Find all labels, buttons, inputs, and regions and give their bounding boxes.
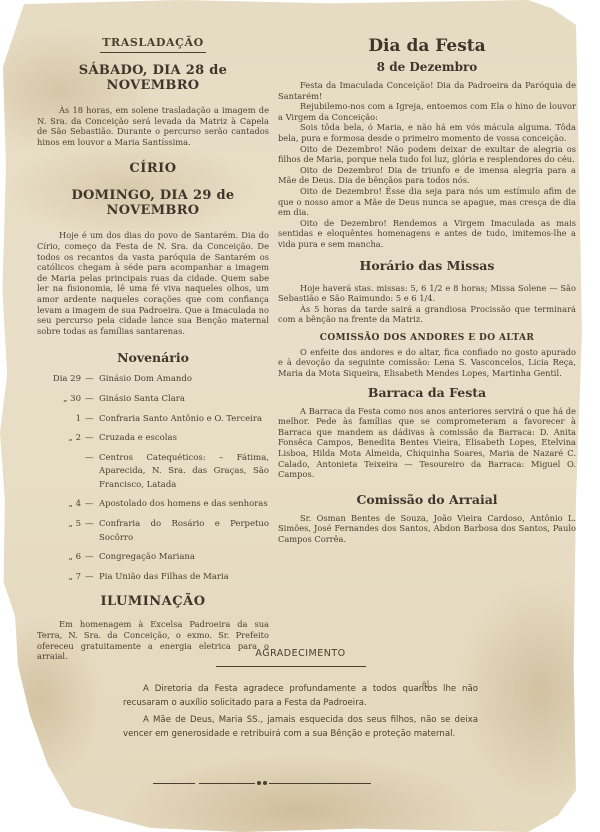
novenario-item: —Centros Catequéticos: – Fátima, Apareci…	[37, 452, 269, 493]
cirio-date: DOMINGO, DIA 29 de NOVEMBRO	[37, 188, 269, 218]
novenario-group: Ginásio Dom Amando	[99, 373, 269, 387]
festa-paragraph: Oito de Dezembro! Dia de triunfo e de im…	[278, 165, 576, 186]
cirio-heading: CÍRIO	[37, 161, 269, 176]
dash-separator: —	[85, 373, 99, 387]
dash-separator: —	[85, 498, 99, 512]
horario-paragraph: Às 5 horas da tarde sairá a grandiosa Pr…	[278, 304, 576, 325]
right-column: Dia da Festa 8 de Dezembro Festa da Imac…	[278, 36, 576, 545]
horario-paragraph: Hoje haverá stas. missas: 5, 6 1/2 e 8 h…	[278, 283, 576, 304]
comissao-arraial-body: Sr. Osman Bentes de Souza, João Vieira C…	[278, 513, 576, 545]
dash-separator: —	[85, 413, 99, 427]
trasladacao-heading: TRASLADAÇÃO	[37, 36, 269, 49]
agradecimento-section: AGRADECIMENTO A Diretoria da Festa agrad…	[123, 648, 478, 745]
novenario-item: „ 6—Congregação Mariana	[37, 551, 269, 565]
novenario-group: Apostolado dos homens e das senhoras	[99, 498, 269, 512]
novenario-day: „ 6	[37, 551, 85, 565]
comissao-arraial-heading: Comissão do Arraial	[278, 492, 576, 507]
dash-separator: —	[85, 551, 99, 565]
agradecimento-paragraph: A Mãe de Deus, Maria SS., jamais esqueci…	[123, 714, 478, 741]
left-column: TRASLADAÇÃO SÁBADO, DIA 28 de NOVEMBRO À…	[37, 36, 269, 662]
festa-paragraph: Oito de Dezembro! Rendemos a Virgem Imac…	[278, 218, 576, 250]
novenario-group: Centros Catequéticos: – Fátima, Aparecid…	[99, 452, 269, 493]
festa-paragraph: Sois tôda bela, ó Maria, e não há em vós…	[278, 122, 576, 143]
separator-dot	[263, 781, 267, 785]
novenario-group: Cruzada e escolas	[99, 432, 269, 446]
horario-heading: Horário das Missas	[278, 258, 576, 273]
dash-separator: —	[85, 452, 99, 493]
festa-paragraph: Oito de Dezembro! Êsse dia seja para nós…	[278, 186, 576, 218]
novenario-day: „ 2	[37, 432, 85, 446]
novenario-day	[37, 452, 85, 493]
dash-separator: —	[85, 393, 99, 407]
separator-dot	[257, 781, 261, 785]
margin-mark: aj	[422, 679, 429, 688]
novenario-item: „ 4—Apostolado dos homens e das senhoras	[37, 498, 269, 512]
novenario-group: Pia União das Filhas de Maria	[99, 571, 269, 585]
ornamental-separator	[153, 781, 371, 787]
comissao-andores-body: O enfeite dos andores e do altar, fica c…	[278, 347, 576, 379]
novenario-heading: Novenário	[37, 350, 269, 365]
trasladacao-date: SÁBADO, DIA 28 de NOVEMBRO	[37, 63, 269, 93]
novenario-group: Ginásio Santa Clara	[99, 393, 269, 407]
novenario-group: Confraria do Rosário e Perpetuo Socôrro	[99, 518, 269, 545]
cirio-body: Hoje é um dos dias do povo de Santarém. …	[37, 230, 269, 336]
novenario-day: Dia 29	[37, 373, 85, 387]
festa-paragraph: Rejubilemo-nos com a Igreja, entoemos co…	[278, 101, 576, 122]
novenario-list: Dia 29—Ginásio Dom Amando„ 30—Ginásio Sa…	[37, 373, 269, 584]
novenario-day: „ 5	[37, 518, 85, 545]
novenario-day: „ 30	[37, 393, 85, 407]
novenario-item: „ 7—Pia União das Filhas de Maria	[37, 571, 269, 585]
dia-da-festa-date: 8 de Dezembro	[278, 60, 576, 74]
novenario-group: Confraria Santo Antônio e O. Terceira	[99, 413, 269, 427]
novenario-item: Dia 29—Ginásio Dom Amando	[37, 373, 269, 387]
dash-separator: —	[85, 571, 99, 585]
novenario-item: 1—Confraria Santo Antônio e O. Terceira	[37, 413, 269, 427]
agradecimento-heading: AGRADECIMENTO	[123, 648, 478, 659]
separator-line	[269, 783, 371, 784]
novenario-item: „ 5—Confraria do Rosário e Perpetuo Socô…	[37, 518, 269, 545]
festa-paragraph: Festa da Imaculada Conceição! Dia da Pad…	[278, 80, 576, 101]
heading-rule	[216, 666, 366, 667]
trasladacao-body: Às 18 horas, em solene trasladação a ima…	[37, 105, 269, 147]
separator-line	[199, 783, 255, 784]
novenario-item: „ 2—Cruzada e escolas	[37, 432, 269, 446]
novenario-day: „ 4	[37, 498, 85, 512]
barraca-body: A Barraca da Festa como nos anos anterio…	[278, 406, 576, 480]
comissao-andores-heading: COMISSÃO DOS ANDORES E DO ALTAR	[278, 333, 576, 343]
novenario-day: 1	[37, 413, 85, 427]
novenario-item: „ 30—Ginásio Santa Clara	[37, 393, 269, 407]
festa-paragraph: Oito de Dezembro! Não podem deixar de ex…	[278, 144, 576, 165]
dash-separator: —	[85, 518, 99, 545]
barraca-heading: Barraca da Festa	[278, 385, 576, 400]
dash-separator: —	[85, 432, 99, 446]
separator-line	[153, 783, 195, 784]
dia-da-festa-heading: Dia da Festa	[278, 36, 576, 56]
novenario-group: Congregação Mariana	[99, 551, 269, 565]
iluminacao-heading: ILUMINAÇÃO	[37, 594, 269, 609]
novenario-day: „ 7	[37, 571, 85, 585]
